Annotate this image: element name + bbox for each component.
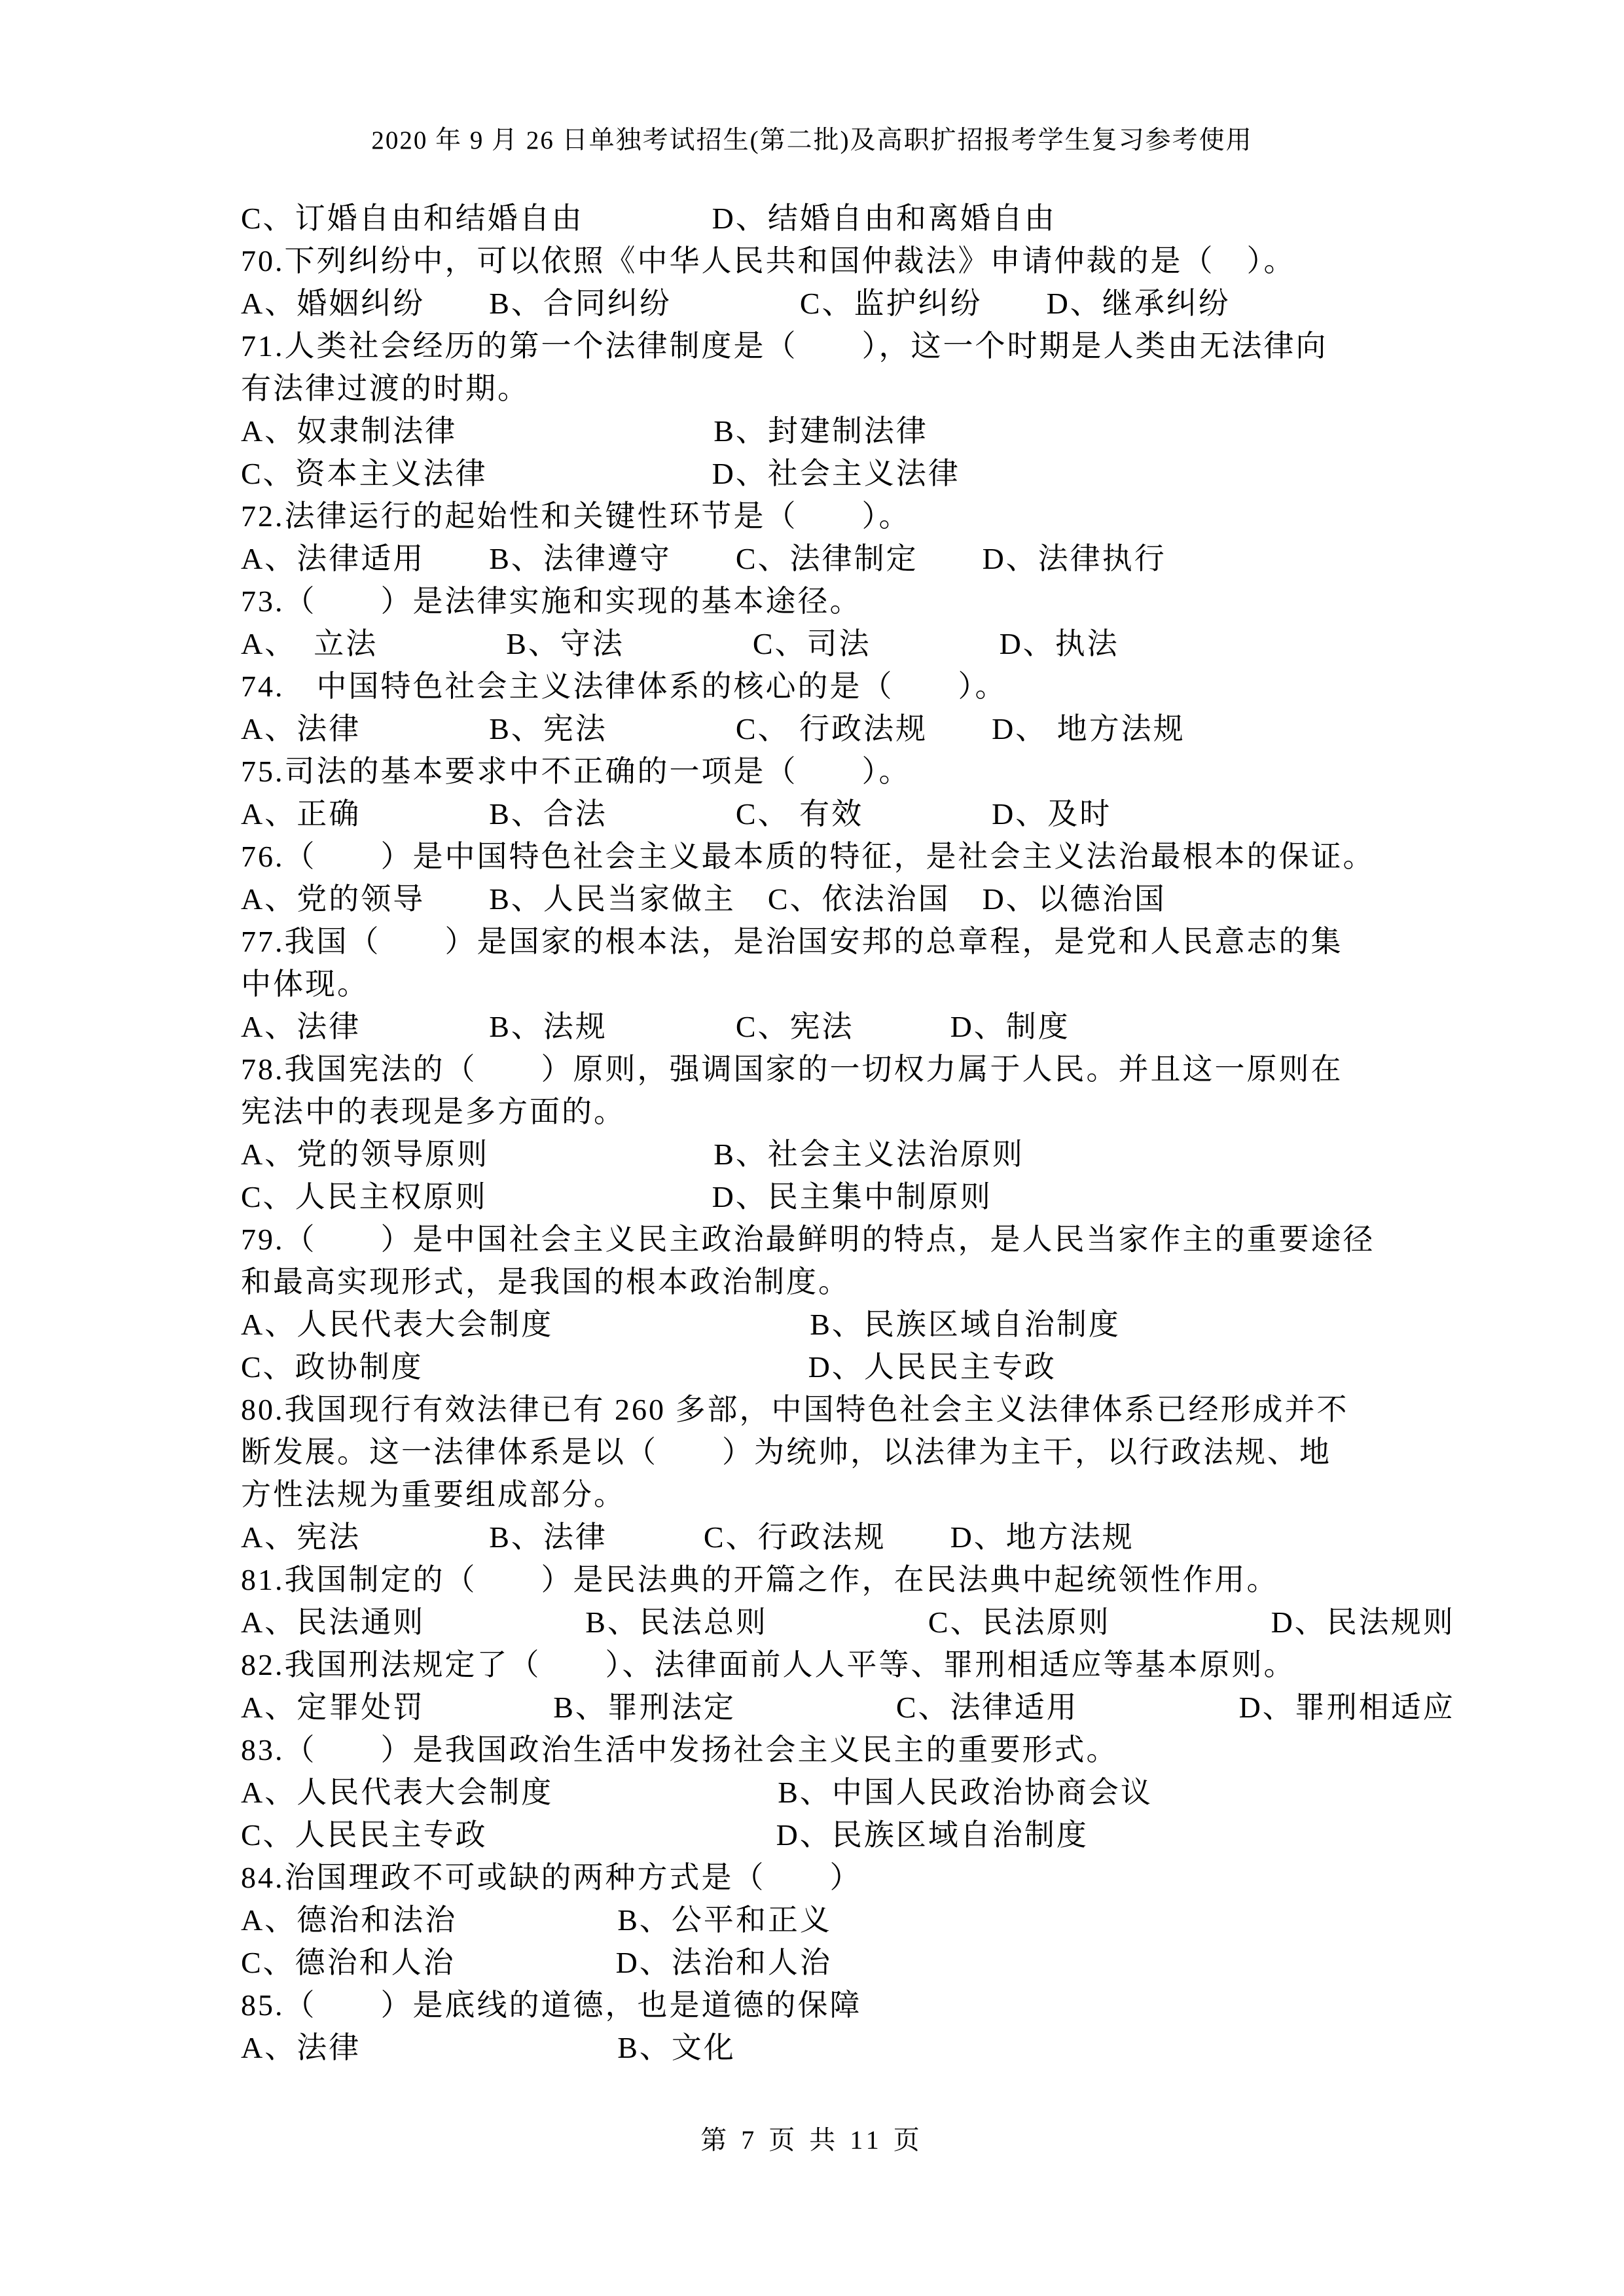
document-line: A、法律 B、宪法 C、 行政法规 D、 地方法规 xyxy=(241,708,1537,750)
document-line: C、德治和人治 D、法治和人治 xyxy=(241,1941,1537,1984)
document-line: A、人民代表大会制度 B、中国人民政治协商会议 xyxy=(241,1771,1537,1814)
document-line: A、法律 B、文化 xyxy=(241,2026,1537,2069)
document-line: C、人民民主专政 D、民族区域自治制度 xyxy=(241,1814,1537,1856)
document-line: 80.我国现行有效法律已有 260 多部，中国特色社会主义法律体系已经形成并不 xyxy=(241,1388,1537,1431)
document-header-title: 2020 年 9 月 26 日单独考试招生(第二批)及高职扩招报考学生复习参考使… xyxy=(0,120,1624,156)
document-line: 75.司法的基本要求中不正确的一项是（ ）。 xyxy=(241,750,1537,793)
document-line: A、正确 B、合法 C、 有效 D、及时 xyxy=(241,793,1537,835)
document-line: 断发展。这一法律体系是以（ ）为统帅，以法律为主干，以行政法规、地 xyxy=(241,1431,1537,1473)
exam-page: 2020 年 9 月 26 日单独考试招生(第二批)及高职扩招报考学生复习参考使… xyxy=(0,0,1624,2296)
document-line: 中体现。 xyxy=(241,963,1537,1005)
document-line: A、人民代表大会制度 B、民族区域自治制度 xyxy=(241,1303,1537,1346)
document-line: C、资本主义法律 D、社会主义法律 xyxy=(241,452,1537,495)
document-line: A、法律适用 B、法律遵守 C、法律制定 D、法律执行 xyxy=(241,537,1537,580)
document-line: 和最高实现形式，是我国的根本政治制度。 xyxy=(241,1261,1537,1303)
document-line: A、宪法 B、法律 C、行政法规 D、地方法规 xyxy=(241,1516,1537,1558)
document-line: 宪法中的表现是多方面的。 xyxy=(241,1090,1537,1133)
document-line: 74. 中国特色社会主义法律体系的核心的是（ ）。 xyxy=(241,665,1537,708)
document-line: A、党的领导原则 B、社会主义法治原则 xyxy=(241,1133,1537,1175)
document-line: 71.人类社会经历的第一个法律制度是（ ），这一个时期是人类由无法律向 xyxy=(241,325,1537,367)
document-line: A、 立法 B、守法 C、司法 D、执法 xyxy=(241,622,1537,665)
document-line: 84.治国理政不可或缺的两种方式是（ ） xyxy=(241,1856,1537,1899)
document-line: A、党的领导 B、人民当家做主 C、依法治国 D、以德治国 xyxy=(241,878,1537,920)
document-line: A、法律 B、法规 C、宪法 D、制度 xyxy=(241,1005,1537,1048)
document-line: 77.我国（ ）是国家的根本法，是治国安邦的总章程，是党和人民意志的集 xyxy=(241,920,1537,963)
document-line: A、定罪处罚 B、罪刑法定 C、法律适用 D、罪刑相适应 xyxy=(241,1686,1537,1729)
document-line: 73.（ ）是法律实施和实现的基本途径。 xyxy=(241,580,1537,622)
document-line: A、奴隶制法律 B、封建制法律 xyxy=(241,410,1537,452)
document-line: 79.（ ）是中国社会主义民主政治最鲜明的特点，是人民当家作主的重要途径 xyxy=(241,1218,1537,1261)
page-number-footer: 第 7 页 共 11 页 xyxy=(0,2119,1624,2157)
document-line: 81.我国制定的（ ）是民法典的开篇之作，在民法典中起统领性作用。 xyxy=(241,1558,1537,1601)
document-line: 有法律过渡的时期。 xyxy=(241,367,1537,410)
document-line: 78.我国宪法的（ ）原则，强调国家的一切权力属于人民。并且这一原则在 xyxy=(241,1048,1537,1090)
document-line: A、民法通则 B、民法总则 C、民法原则 D、民法规则 xyxy=(241,1601,1537,1643)
document-line: C、政协制度 D、人民民主专政 xyxy=(241,1346,1537,1388)
document-body: C、订婚自由和结婚自由 D、结婚自由和离婚自由70.下列纠纷中，可以依照《中华人… xyxy=(241,197,1537,2069)
document-line: 方性法规为重要组成部分。 xyxy=(241,1473,1537,1516)
document-line: 85.（ ）是底线的道德，也是道德的保障 xyxy=(241,1984,1537,2026)
document-line: C、人民主权原则 D、民主集中制原则 xyxy=(241,1175,1537,1218)
document-line: 72.法律运行的起始性和关键性环节是（ ）。 xyxy=(241,495,1537,537)
document-line: 82.我国刑法规定了（ ）、法律面前人人平等、罪刑相适应等基本原则。 xyxy=(241,1643,1537,1686)
document-line: C、订婚自由和结婚自由 D、结婚自由和离婚自由 xyxy=(241,197,1537,240)
document-line: 70.下列纠纷中，可以依照《中华人民共和国仲裁法》申请仲裁的是（ ）。 xyxy=(241,240,1537,282)
document-line: A、德治和法治 B、公平和正义 xyxy=(241,1899,1537,1941)
document-line: A、婚姻纠纷 B、合同纠纷 C、监护纠纷 D、继承纠纷 xyxy=(241,282,1537,325)
document-line: 76.（ ）是中国特色社会主义最本质的特征，是社会主义法治最根本的保证。 xyxy=(241,835,1537,878)
document-line: 83.（ ）是我国政治生活中发扬社会主义民主的重要形式。 xyxy=(241,1729,1537,1771)
